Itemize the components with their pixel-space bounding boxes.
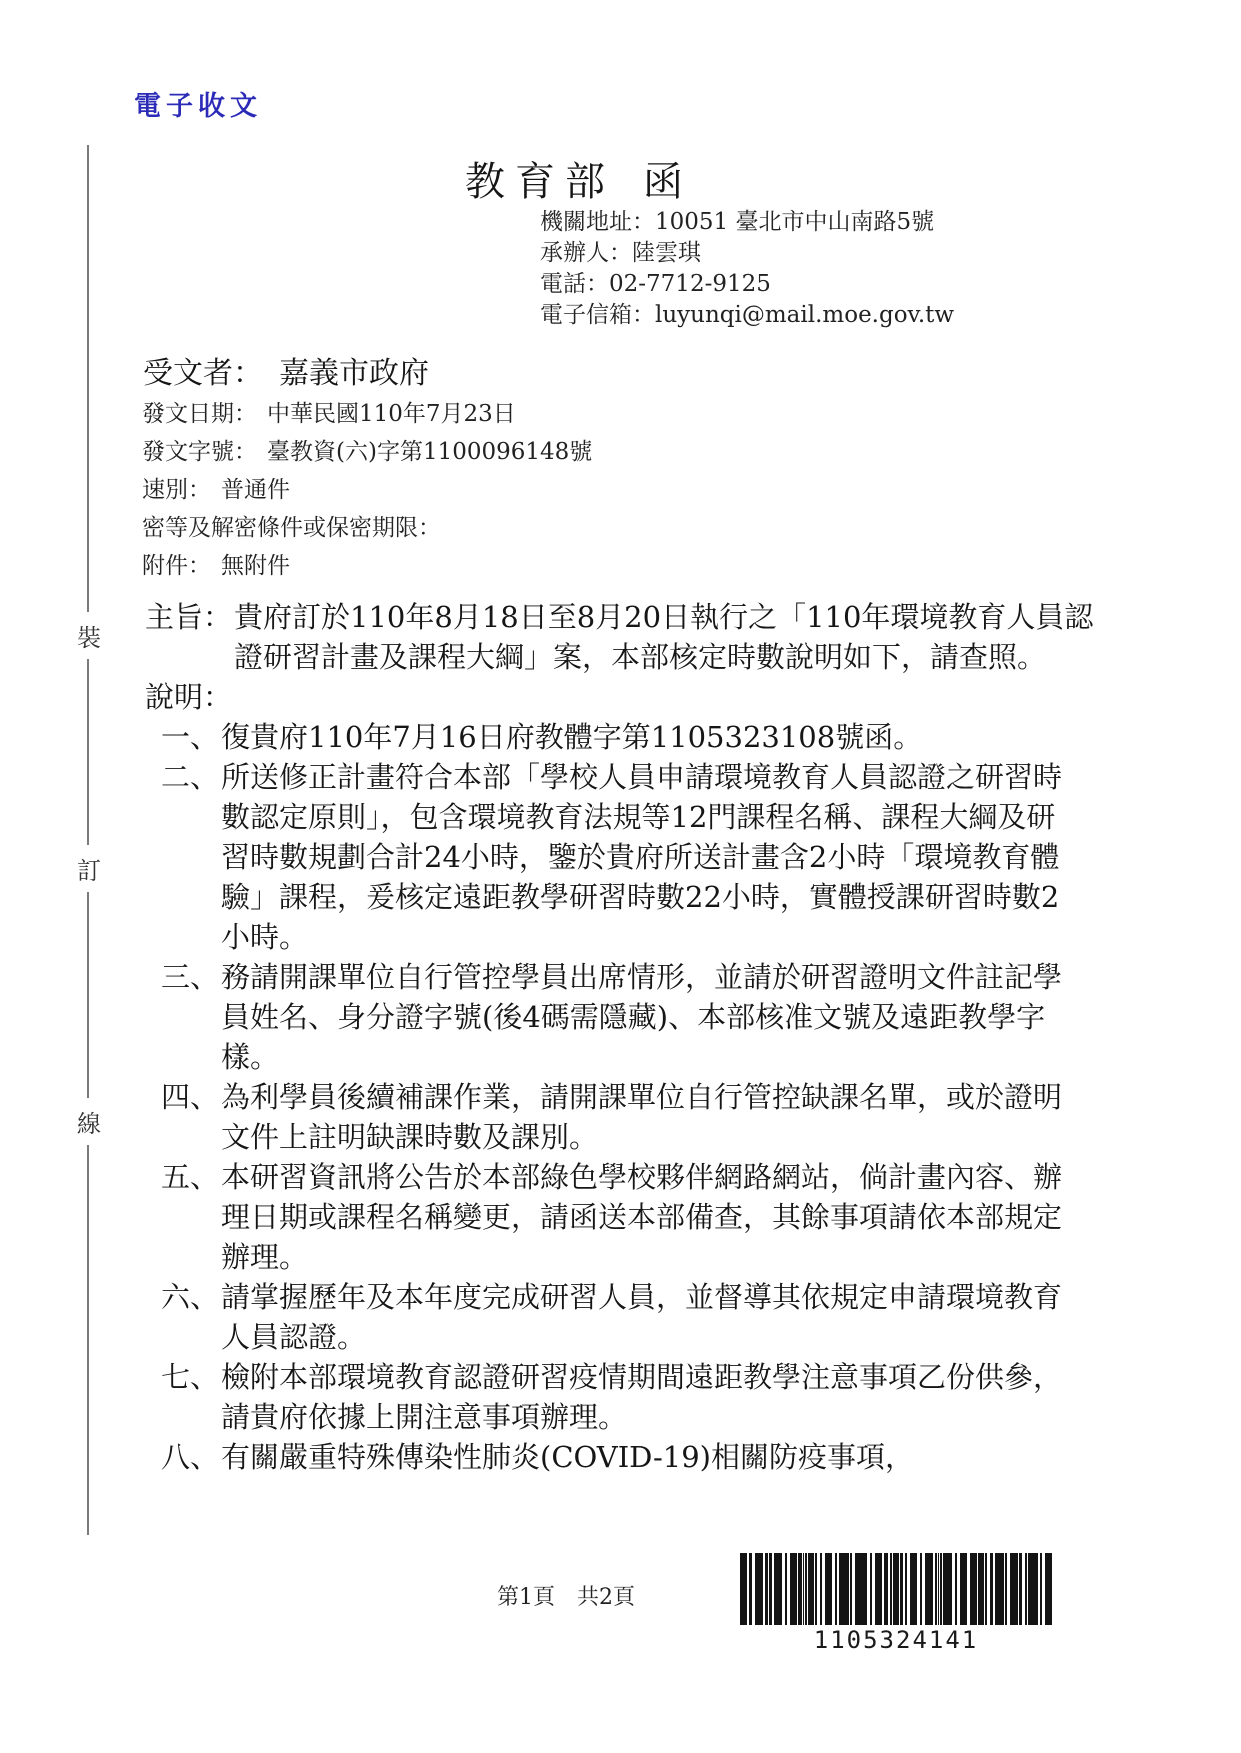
explanation-item-6: 六、 請掌握歷年及本年度完成研習人員，並督導其依規定申請環境教育人員認證。 — [145, 1277, 1110, 1357]
barcode-number: 1105324141 — [740, 1626, 1052, 1654]
dispatch-date-label: 發文日期： — [142, 401, 257, 427]
attachment-row: 附件：無附件 — [142, 547, 592, 585]
sender-info-block: 機關地址：10051 臺北市中山南路5號 承辦人：陸雲琪 電話：02-7712-… — [540, 207, 954, 331]
recipient-row: 受文者：嘉義市政府 — [143, 348, 429, 392]
dispatch-number-row: 發文字號：臺教資(六)字第1100096148號 — [142, 433, 592, 471]
attachment-value: 無附件 — [221, 553, 290, 579]
document-type: 函 — [643, 159, 693, 205]
email-row: 電子信箱：luyunqi@mail.moe.gov.tw — [540, 300, 954, 331]
document-page: 裝 訂 線 電子收文 教育部函 機關地址：10051 臺北市中山南路5號 承辦人… — [0, 0, 1241, 1753]
priority-row: 速別：普通件 — [142, 471, 592, 509]
subject-paragraph: 主旨： 貴府訂於110年8月18日至8月20日執行之「110年環境教育人員認證研… — [145, 597, 1110, 677]
explanation-item-4: 四、 為利學員後續補課作業，請開課單位自行管控缺課名單，或於證明文件上註明缺課時… — [145, 1077, 1110, 1157]
phone-label: 電話： — [540, 271, 609, 297]
explanation-item-7: 七、 檢附本部環境教育認證研習疫情期間遠距教學注意事項乙份供參，請貴府依據上開注… — [145, 1357, 1110, 1437]
priority-label: 速別： — [142, 477, 211, 503]
document-title: 教育部函 — [465, 150, 693, 207]
phone-row: 電話：02-7712-9125 — [540, 269, 954, 300]
barcode-block: 1105324141 — [740, 1553, 1052, 1654]
recipient-label: 受文者： — [143, 356, 263, 391]
binding-mark-zhuang: 裝 — [74, 612, 104, 659]
classification-label: 密等及解密條件或保密期限： — [142, 515, 441, 541]
item-number: 三、 — [161, 957, 221, 997]
phone-value: 02-7712-9125 — [609, 271, 771, 297]
subject-text: 貴府訂於110年8月18日至8月20日執行之「110年環境教育人員認證研習計畫及… — [234, 597, 1110, 677]
explanation-item-5: 五、 本研習資訊將公告於本部綠色學校夥伴網路網站，倘計畫內容、辦理日期或課程名稱… — [145, 1157, 1110, 1277]
item-number: 二、 — [161, 757, 221, 797]
agency-address-value: 10051 臺北市中山南路5號 — [655, 209, 934, 235]
subject-label: 主旨： — [145, 597, 232, 637]
issuing-agency: 教育部 — [465, 159, 615, 205]
item-text: 務請開課單位自行管控學員出席情形，並請於研習證明文件註記學員姓名、身分證字號(後… — [221, 957, 1066, 1077]
explanation-item-1: 一、 復貴府110年7月16日府教體字第1105323108號函。 — [145, 717, 1110, 757]
priority-value: 普通件 — [221, 477, 290, 503]
dispatch-date-row: 發文日期：中華民國110年7月23日 — [142, 395, 592, 433]
dispatch-number-value: 臺教資(六)字第1100096148號 — [267, 439, 592, 465]
explanation-item-8: 八、 有關嚴重特殊傳染性肺炎(COVID-19)相關防疫事項， — [145, 1437, 1110, 1477]
item-number: 七、 — [161, 1357, 221, 1397]
item-number: 四、 — [161, 1077, 221, 1117]
item-text: 有關嚴重特殊傳染性肺炎(COVID-19)相關防疫事項， — [221, 1437, 1066, 1477]
contact-person-label: 承辦人： — [540, 240, 632, 266]
contact-person-row: 承辦人：陸雲琪 — [540, 238, 954, 269]
classification-row: 密等及解密條件或保密期限： — [142, 509, 592, 547]
item-number: 八、 — [161, 1437, 221, 1477]
item-text: 檢附本部環境教育認證研習疫情期間遠距教學注意事項乙份供參，請貴府依據上開注意事項… — [221, 1357, 1066, 1437]
item-text: 本研習資訊將公告於本部綠色學校夥伴網路網站，倘計畫內容、辦理日期或課程名稱變更，… — [221, 1157, 1066, 1277]
item-text: 請掌握歷年及本年度完成研習人員，並督導其依規定申請環境教育人員認證。 — [221, 1277, 1066, 1357]
binding-mark-xian: 線 — [74, 1098, 104, 1145]
binding-mark-ding: 訂 — [74, 845, 104, 892]
attachment-label: 附件： — [142, 553, 211, 579]
dispatch-meta-block: 發文日期：中華民國110年7月23日 發文字號：臺教資(六)字第11000961… — [142, 395, 592, 585]
explanation-item-2: 二、 所送修正計畫符合本部「學校人員申請環境教育人員認證之研習時數認定原則」，包… — [145, 757, 1110, 957]
email-value: luyunqi@mail.moe.gov.tw — [655, 302, 954, 328]
dispatch-number-label: 發文字號： — [142, 439, 257, 465]
item-number: 五、 — [161, 1157, 221, 1197]
item-text: 復貴府110年7月16日府教體字第1105323108號函。 — [221, 717, 1066, 757]
binding-rule-line — [87, 145, 89, 1535]
agency-address-row: 機關地址：10051 臺北市中山南路5號 — [540, 207, 954, 238]
explanation-item-3: 三、 務請開課單位自行管控學員出席情形，並請於研習證明文件註記學員姓名、身分證字… — [145, 957, 1110, 1077]
item-number: 六、 — [161, 1277, 221, 1317]
item-text: 所送修正計畫符合本部「學校人員申請環境教育人員認證之研習時數認定原則」，包含環境… — [221, 757, 1066, 957]
recipient-value: 嘉義市政府 — [279, 356, 429, 391]
page-number-indicator: 第1頁 共2頁 — [497, 1580, 635, 1611]
contact-person-value: 陸雲琪 — [632, 240, 701, 266]
explanation-label: 說明： — [145, 677, 1110, 717]
item-text: 為利學員後續補課作業，請開課單位自行管控缺課名單，或於證明文件上註明缺課時數及課… — [221, 1077, 1066, 1157]
item-number: 一、 — [161, 717, 221, 757]
electronic-receipt-stamp: 電子收文 — [134, 84, 262, 123]
dispatch-date-value: 中華民國110年7月23日 — [267, 401, 516, 427]
barcode-image — [740, 1553, 1052, 1625]
document-body: 主旨： 貴府訂於110年8月18日至8月20日執行之「110年環境教育人員認證研… — [145, 597, 1110, 1477]
email-label: 電子信箱： — [540, 302, 655, 328]
agency-address-label: 機關地址： — [540, 209, 655, 235]
